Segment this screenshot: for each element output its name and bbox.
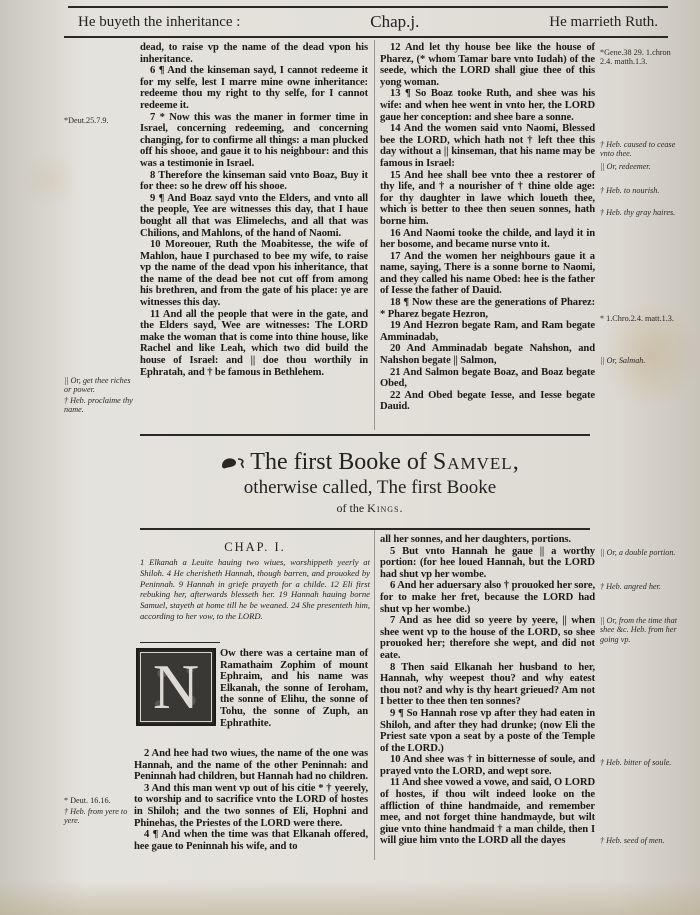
verse: 15 And hee shall bee vnto thee a restore… [380, 170, 595, 228]
column-divider [374, 530, 375, 860]
margin-note: * Deut. 16.16. [64, 796, 136, 805]
verse: 12 And let thy house bee like the house … [380, 42, 595, 88]
book-title: The first Booke of Samvel, otherwise cal… [140, 448, 600, 516]
margin-note: * 1.Chro.2.4. matt.1.3. [600, 314, 680, 323]
book-name-kings: Kings. [367, 501, 403, 515]
verse: 7 And as hee did so yeere by yeere, || w… [380, 615, 595, 661]
verse: Ow there was a certaine man of Ramathaim… [220, 648, 368, 729]
verse: 10 Moreouer, Ruth the Moabitesse, the wi… [140, 239, 368, 309]
margin-note: † Heb. proclaime thy name. [64, 396, 136, 415]
verse: dead, to raise vp the name of the dead v… [140, 42, 368, 65]
verse: 20 And Amminadab begate Nahshon, and Nah… [380, 343, 595, 366]
age-stain [20, 150, 80, 210]
book-title-line1: The first Booke of Samvel, [140, 448, 600, 476]
margin-note: † Heb. angred her. [600, 582, 685, 591]
verse: 13 ¶ So Boaz tooke Ruth, and shee was hi… [380, 88, 595, 123]
page-edge-shading [0, 880, 700, 915]
verse: 7 * Now this was the maner in former tim… [140, 112, 368, 170]
samuel-right-column: all her sonnes, and her daughters, porti… [380, 534, 595, 847]
book-title-line2: otherwise called, The first Booke [140, 476, 600, 500]
scanned-bible-page: He buyeth the inheritance : Chap.j. He m… [0, 0, 700, 915]
chapter-heading: CHAP. I. [140, 540, 370, 555]
running-head-right: He marrieth Ruth. [549, 14, 658, 31]
verse: 3 And this man went vp out of his citie … [134, 783, 368, 829]
verse: 4 ¶ And when the time was that Elkanah o… [134, 829, 368, 852]
column-divider [374, 40, 375, 430]
verse: 14 And the women said vnto Naomi, Blesse… [380, 123, 595, 169]
verse: 8 Then said Elkanah her husband to her, … [380, 662, 595, 708]
verse: 9 ¶ And Boaz sayd vnto the Elders, and v… [140, 193, 368, 239]
margin-note: † Heb. bitter of soule. [600, 758, 685, 767]
top-rule [68, 6, 668, 8]
margin-note: † Heb. to nourish. [600, 186, 680, 195]
margin-note: † Heb. from yere to yere. [64, 807, 136, 826]
running-head-chapter: Chap.j. [370, 12, 419, 32]
title-bottom-rule [140, 528, 590, 530]
verse: 22 And Obed begate Iesse, and Iesse bega… [380, 390, 595, 413]
verse: 17 And the women her neighbours gaue it … [380, 251, 595, 297]
verse: 6 And her aduersary also † prouoked her … [380, 580, 595, 615]
verse: 19 And Hezron begate Ram, and Ram begate… [380, 320, 595, 343]
argument-rule [140, 642, 220, 643]
verse: 6 ¶ And the kinseman sayd, I cannot rede… [140, 65, 368, 111]
verse: 5 But vnto Hannah he gaue || a worthy po… [380, 546, 595, 581]
margin-note: || Or, a double portion. [600, 548, 685, 557]
verse: 11 And shee vowed a vowe, and said, O LO… [380, 777, 595, 847]
margin-note: || Or, redeemer. [600, 162, 680, 171]
book-name-samuel: Samvel, [433, 449, 520, 475]
verse: 2 And hee had two wiues, the name of the… [134, 748, 368, 783]
title-top-rule [140, 434, 590, 436]
margin-note: *Deut.25.7.9. [64, 116, 136, 125]
verse: all her sonnes, and her daughters, porti… [380, 534, 595, 546]
running-head-left: He buyeth the inheritance : [78, 14, 240, 31]
margin-note: || Or, from the time that shee &c. Heb. … [600, 616, 685, 644]
drop-cap-letter: N [140, 652, 212, 722]
ruth-left-column: dead, to raise vp the name of the dead v… [140, 42, 368, 378]
decorated-initial: N [136, 648, 216, 726]
verse: 16 And Naomi tooke the childe, and layd … [380, 228, 595, 251]
margin-note: || Or, Salmah. [600, 356, 680, 365]
verse: 9 ¶ So Hannah rose vp after they had eat… [380, 708, 595, 754]
running-head: He buyeth the inheritance : Chap.j. He m… [78, 10, 658, 34]
verse: 8 Therefore the kinseman said vnto Boaz,… [140, 170, 368, 193]
margin-note: † Heb. seed of men. [600, 836, 685, 845]
margin-note: † Heb. caused to cease vnto thee. [600, 140, 680, 159]
book-title-line3: of the Kings. [140, 500, 600, 516]
samuel-dropcap-text: Ow there was a certaine man of Ramathaim… [220, 648, 368, 729]
verse: 18 ¶ Now these are the generations of Ph… [380, 297, 595, 320]
margin-note: || Or, get thee riches or power. [64, 376, 136, 395]
verse: 11 And all the people that were in the g… [140, 309, 368, 379]
samuel-left-column: 2 And hee had two wiues, the name of the… [134, 748, 368, 852]
chapter-argument: 1 Elkanah a Leuite hauing two wiues, wor… [140, 557, 370, 622]
head-rule [64, 36, 668, 38]
ruth-right-column: 12 And let thy house bee like the house … [380, 42, 595, 413]
verse: 21 And Salmon begate Boaz, and Boaz bega… [380, 367, 595, 390]
margin-note: *Gene.38 29. 1.chron 2.4. matth.1.3. [600, 48, 680, 67]
margin-note: † Heb. thy gray haires. [600, 208, 680, 217]
verse: 10 And shee was † in bitternesse of soul… [380, 754, 595, 777]
fleuron-ornament-icon [220, 456, 246, 470]
